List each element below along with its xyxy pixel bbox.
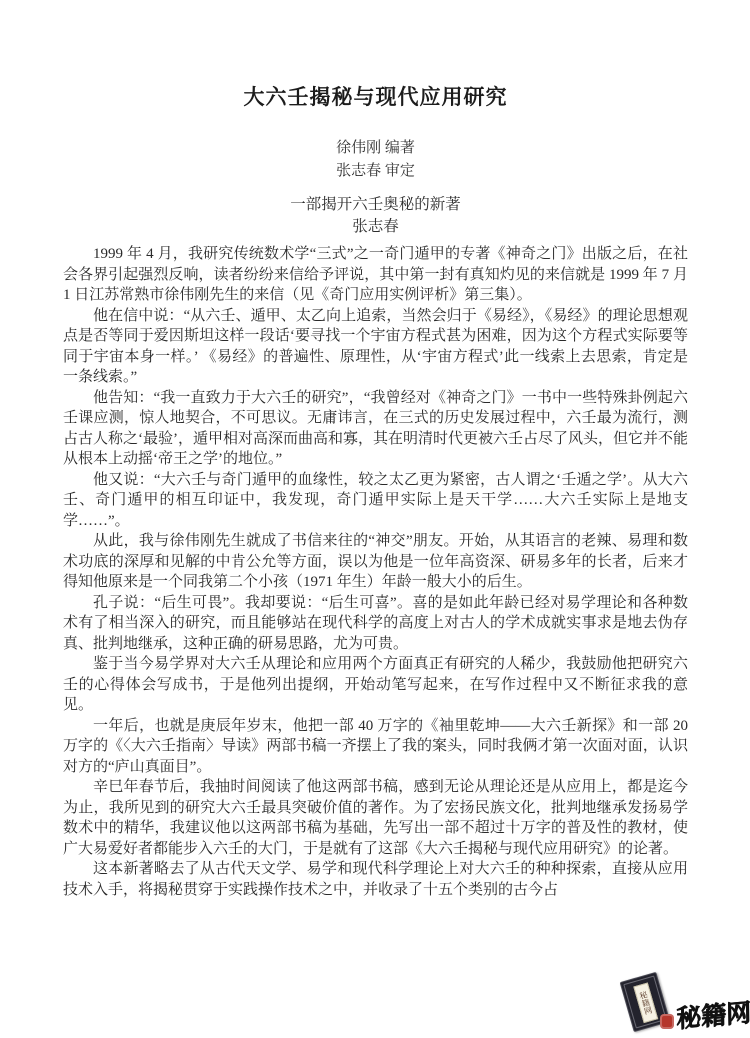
seal-icon — [660, 1014, 674, 1029]
paragraph: 鉴于当今易学界对大六壬从理论和应用两个方面真正有研究的人稀少，我鼓励他把研究六壬… — [63, 654, 688, 716]
paragraph: 他又说：“大六壬与奇门遁甲的血缘性，较之太乙更为紧密，古人谓之‘壬遁之学’。从大… — [63, 470, 688, 532]
document-page: 大六壬揭秘与现代应用研究 徐伟刚 编著 张志春 审定 一部揭开六壬奥秘的新著 张… — [0, 0, 750, 1038]
preface-body: 1999 年 4 月，我研究传统数术学“三式”之一奇门遁甲的专著《神奇之门》出版… — [63, 244, 688, 900]
paragraph: 从此，我与徐伟刚先生就成了书信来往的“神交”朋友。开始，从其语言的老辣、易理和数… — [63, 531, 688, 593]
watermark: 秘籍网 秘籍网 — [614, 972, 746, 1036]
byline-editor: 徐伟刚 编著 — [63, 137, 688, 160]
watermark-site-name: 秘籍网 — [676, 993, 750, 1036]
book-label: 秘籍网 — [633, 982, 658, 1023]
page-title: 大六壬揭秘与现代应用研究 — [63, 86, 688, 110]
paragraph: 辛巳年春节后，我抽时间阅读了他这两部书稿，感到无论从理论还是从应用上，都是迄今为… — [63, 777, 688, 859]
paragraph: 一年后，也就是庚辰年岁末，他把一部 40 万字的《袖里乾坤——大六壬新探》和一部… — [63, 716, 688, 778]
byline: 徐伟刚 编著 张志春 审定 — [63, 137, 688, 183]
paragraph: 他告知：“我一直致力于大六壬的研究”，“我曾经对《神奇之门》一书中一些特殊卦例起… — [63, 388, 688, 470]
preface-heading: 一部揭开六壬奥秘的新著 — [63, 194, 688, 216]
paragraph: 这本新著略去了从古代天文学、易学和现代科学理论上对大六壬的种种探索，直接从应用技… — [63, 859, 688, 900]
preface-author: 张志春 — [63, 216, 688, 238]
paragraph: 孔子说：“后生可畏”。我却要说：“后生可喜”。喜的是如此年龄已经对易学理论和各种… — [63, 593, 688, 655]
preface-heading-block: 一部揭开六壬奥秘的新著 张志春 — [63, 194, 688, 238]
paragraph: 1999 年 4 月，我研究传统数术学“三式”之一奇门遁甲的专著《神奇之门》出版… — [63, 244, 688, 306]
byline-reviewer: 张志春 审定 — [63, 160, 688, 183]
paragraph: 他在信中说：“从六壬、遁甲、太乙向上追索，当然会归于《易经》，《易经》的理论思想… — [63, 306, 688, 388]
